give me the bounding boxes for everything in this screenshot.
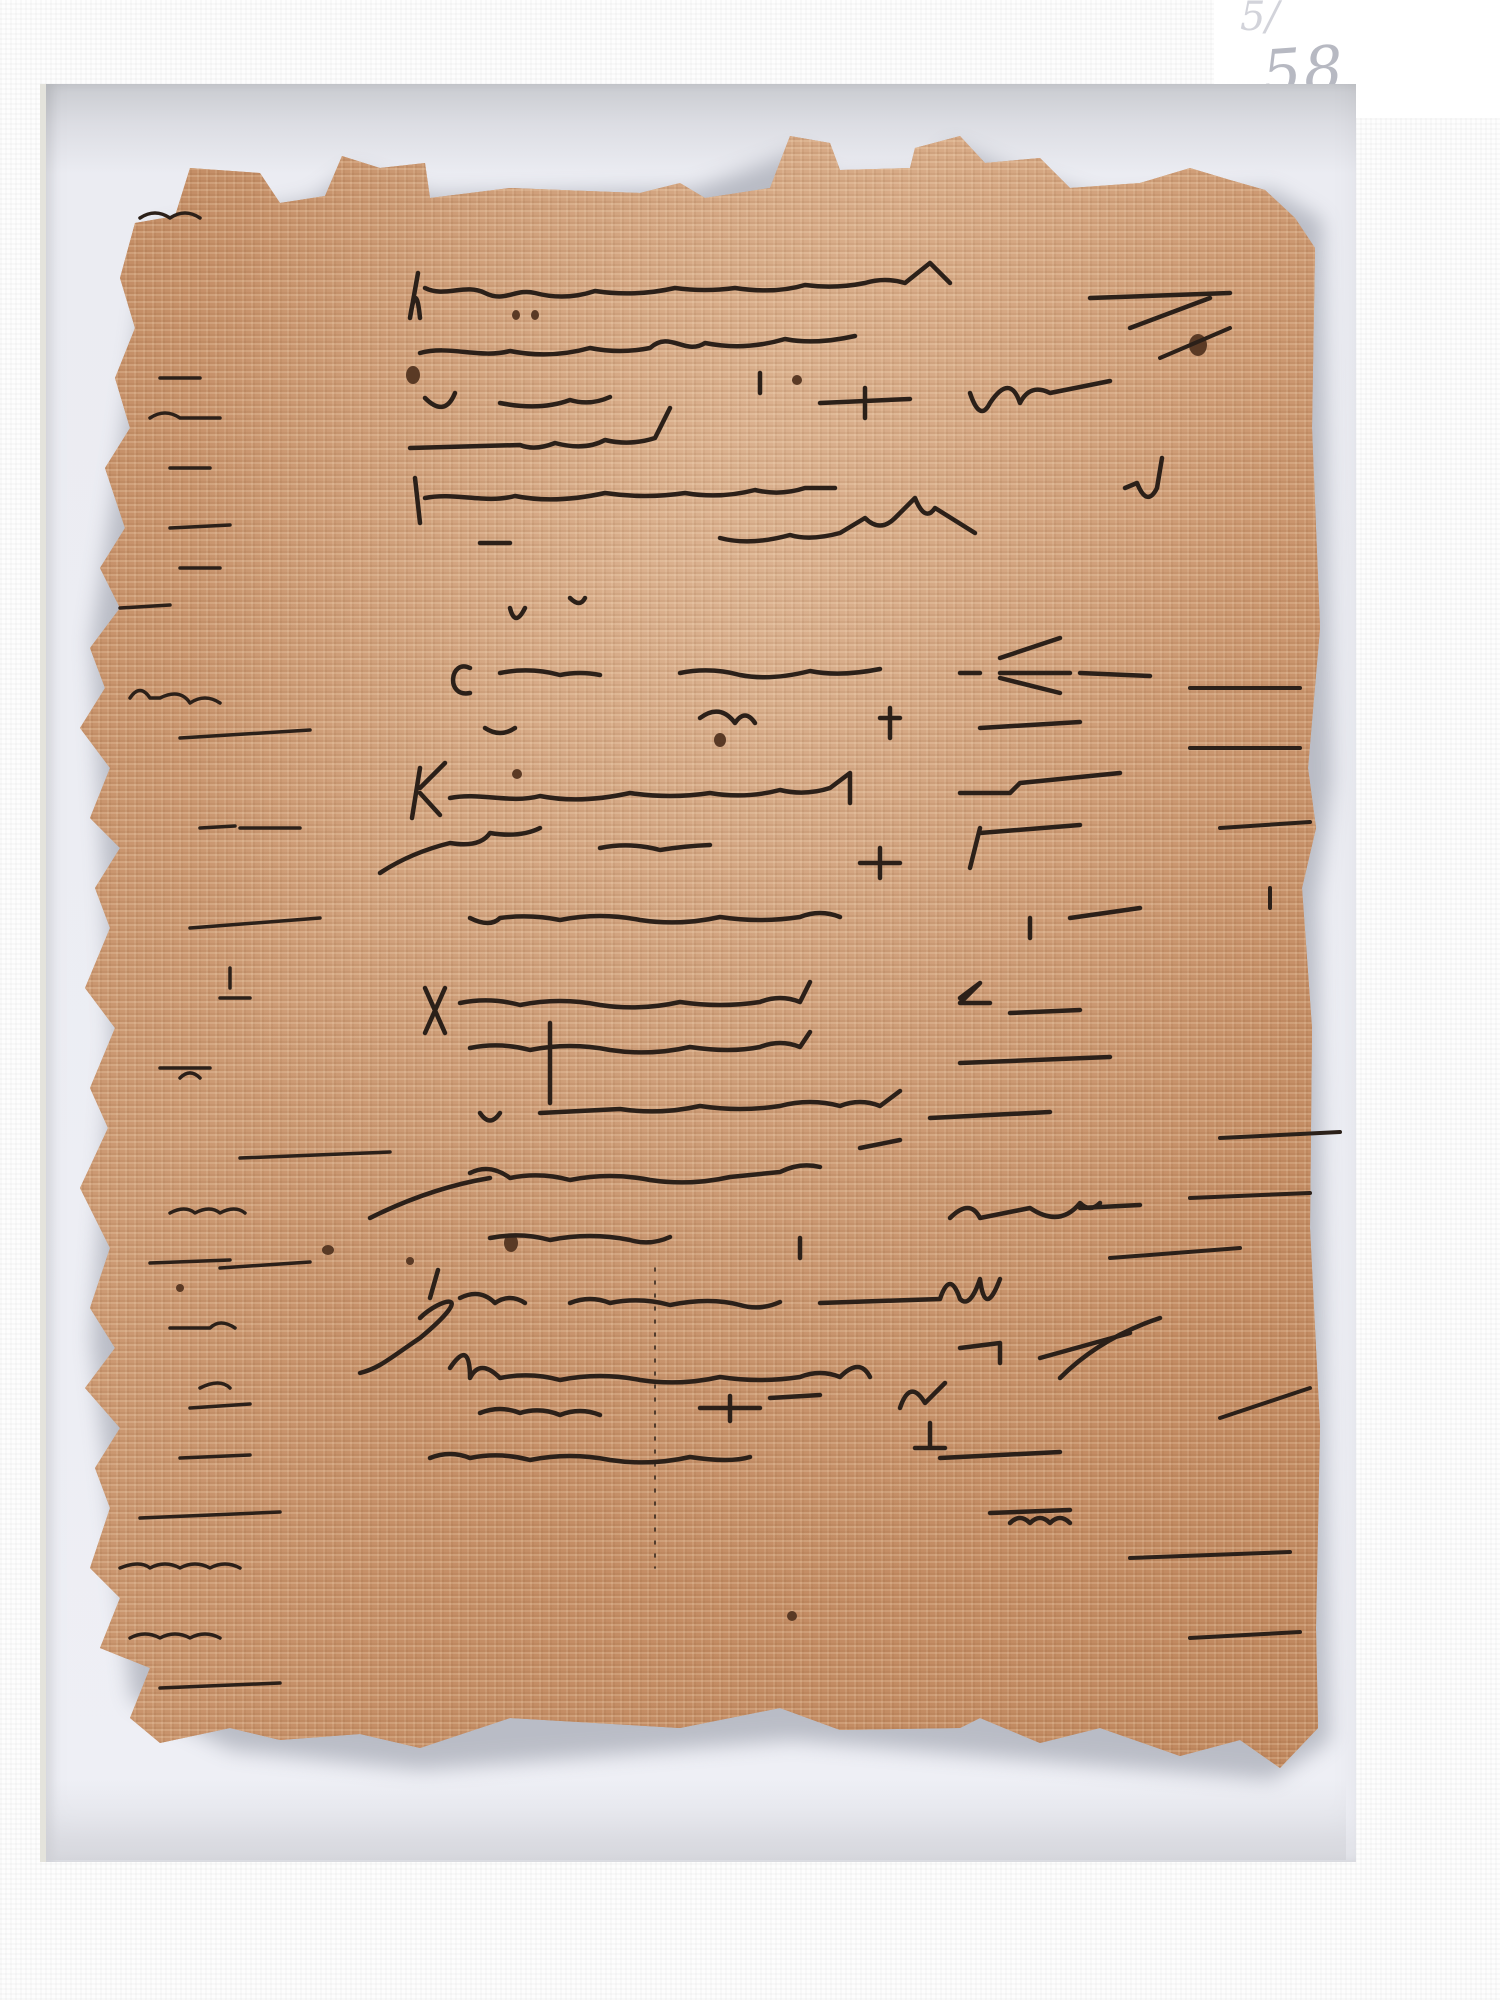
left-margin-column [120, 213, 390, 1688]
text-line-5 [415, 458, 1162, 523]
text-line-3 [425, 373, 1110, 418]
papyrus-fragment [80, 128, 1342, 1780]
text-line-17 [370, 1178, 1140, 1258]
text-line-7 [510, 598, 585, 618]
text-line-12 [470, 908, 1140, 938]
text-line-11 [380, 825, 1080, 878]
main-text-column [360, 263, 1230, 1568]
text-line-19 [450, 1318, 1160, 1382]
text-line-22 [990, 1510, 1070, 1523]
text-line-20 [480, 1383, 945, 1421]
handwritten-text [80, 128, 1342, 1780]
text-line-1 [410, 263, 1230, 318]
text-line-6 [480, 498, 975, 543]
right-margin-strokes [1110, 328, 1340, 1638]
papyrus-holes [176, 310, 1207, 1621]
text-line-21 [430, 1423, 1060, 1462]
text-line-4 [410, 408, 670, 448]
text-line-16 [470, 1140, 900, 1182]
text-line-14 [470, 1023, 1110, 1103]
text-line-13 [425, 982, 1080, 1033]
text-line-2 [420, 298, 1210, 354]
text-line-9 [485, 708, 1080, 738]
text-line-15 [480, 1091, 1050, 1121]
text-line-8 [453, 638, 1150, 693]
faint-label-mark: 5/ [1240, 0, 1279, 40]
